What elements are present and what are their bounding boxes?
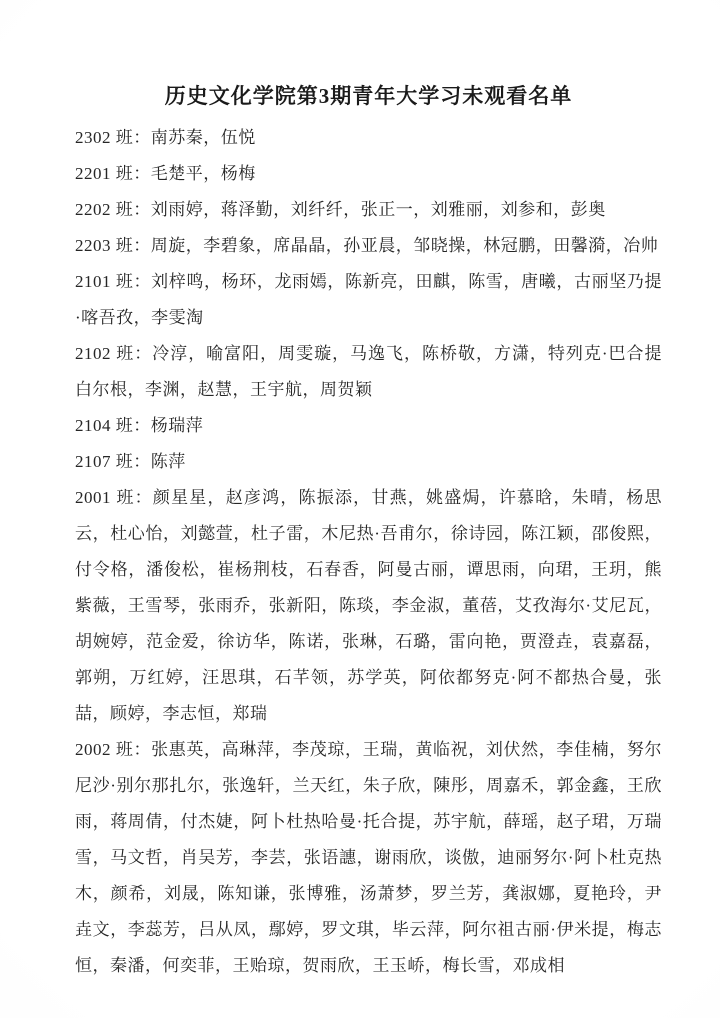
class-names: 毛楚平，杨梅 bbox=[151, 164, 256, 183]
class-entry-2107: 2107 班：陈萍 bbox=[75, 444, 662, 480]
class-label: 2107 班： bbox=[75, 452, 151, 471]
class-label: 2101 班： bbox=[75, 272, 151, 291]
class-names: 杨瑞萍 bbox=[151, 416, 204, 435]
class-label: 2102 班： bbox=[75, 344, 152, 363]
class-names: 颜星星，赵彦鸿，陈振添，甘燕，姚盛焗，许慕晗，朱晴，杨思云，杜心怡，刘懿萱，杜子… bbox=[75, 488, 662, 723]
document-title: 历史文化学院第3期青年大学习未观看名单 bbox=[75, 78, 662, 114]
class-entry-2102: 2102 班：冷淳，喻富阳，周雯璇，马逸飞，陈桥敬，方潇，特列克·巴合提白尔根，… bbox=[75, 336, 662, 408]
class-label: 2001 班： bbox=[75, 488, 153, 507]
class-names: 冷淳，喻富阳，周雯璇，马逸飞，陈桥敬，方潇，特列克·巴合提白尔根，李渊，赵慧，王… bbox=[75, 344, 662, 399]
class-entry-2302: 2302 班：南苏秦，伍悦 bbox=[75, 120, 662, 156]
class-label: 2002 班： bbox=[75, 740, 151, 759]
class-label: 2104 班： bbox=[75, 416, 151, 435]
class-entry-2001: 2001 班：颜星星，赵彦鸿，陈振添，甘燕，姚盛焗，许慕晗，朱晴，杨思云，杜心怡… bbox=[75, 480, 662, 732]
class-names: 南苏秦，伍悦 bbox=[151, 128, 256, 147]
class-names: 陈萍 bbox=[151, 452, 186, 471]
document-page: 历史文化学院第3期青年大学习未观看名单 2302 班：南苏秦，伍悦 2201 班… bbox=[0, 0, 720, 1018]
class-names: 周旋，李碧象，席晶晶，孙亚晨，邹晓操，林冠鹏，田馨漪，冶帅 bbox=[151, 236, 659, 255]
class-names: 张惠英，高琳萍，李茂琼，王瑞，黄临祝，刘伏然，李佳楠，努尔尼沙·别尔那扎尔，张逸… bbox=[75, 740, 662, 975]
document-content: 历史文化学院第3期青年大学习未观看名单 2302 班：南苏秦，伍悦 2201 班… bbox=[0, 0, 720, 984]
class-entry-2002: 2002 班：张惠英，高琳萍，李茂琼，王瑞，黄临祝，刘伏然，李佳楠，努尔尼沙·别… bbox=[75, 732, 662, 984]
class-label: 2202 班： bbox=[75, 200, 151, 219]
class-entry-2104: 2104 班：杨瑞萍 bbox=[75, 408, 662, 444]
class-names: 刘梓鸣，杨环，龙雨嫣，陈新亮，田麒，陈雪，唐曦，古丽坚乃提·喀吾孜，李雯淘 bbox=[75, 272, 662, 327]
class-entry-2201: 2201 班：毛楚平，杨梅 bbox=[75, 156, 662, 192]
class-label: 2302 班： bbox=[75, 128, 151, 147]
class-names: 刘雨婷，蒋泽勤，刘纤纤，张正一，刘雅丽，刘参和，彭奥 bbox=[151, 200, 606, 219]
class-label: 2201 班： bbox=[75, 164, 151, 183]
class-entry-2203: 2203 班：周旋，李碧象，席晶晶，孙亚晨，邹晓操，林冠鹏，田馨漪，冶帅 bbox=[75, 228, 662, 264]
class-entry-2101: 2101 班：刘梓鸣，杨环，龙雨嫣，陈新亮，田麒，陈雪，唐曦，古丽坚乃提·喀吾孜… bbox=[75, 264, 662, 336]
class-label: 2203 班： bbox=[75, 236, 151, 255]
class-entry-2202: 2202 班：刘雨婷，蒋泽勤，刘纤纤，张正一，刘雅丽，刘参和，彭奥 bbox=[75, 192, 662, 228]
